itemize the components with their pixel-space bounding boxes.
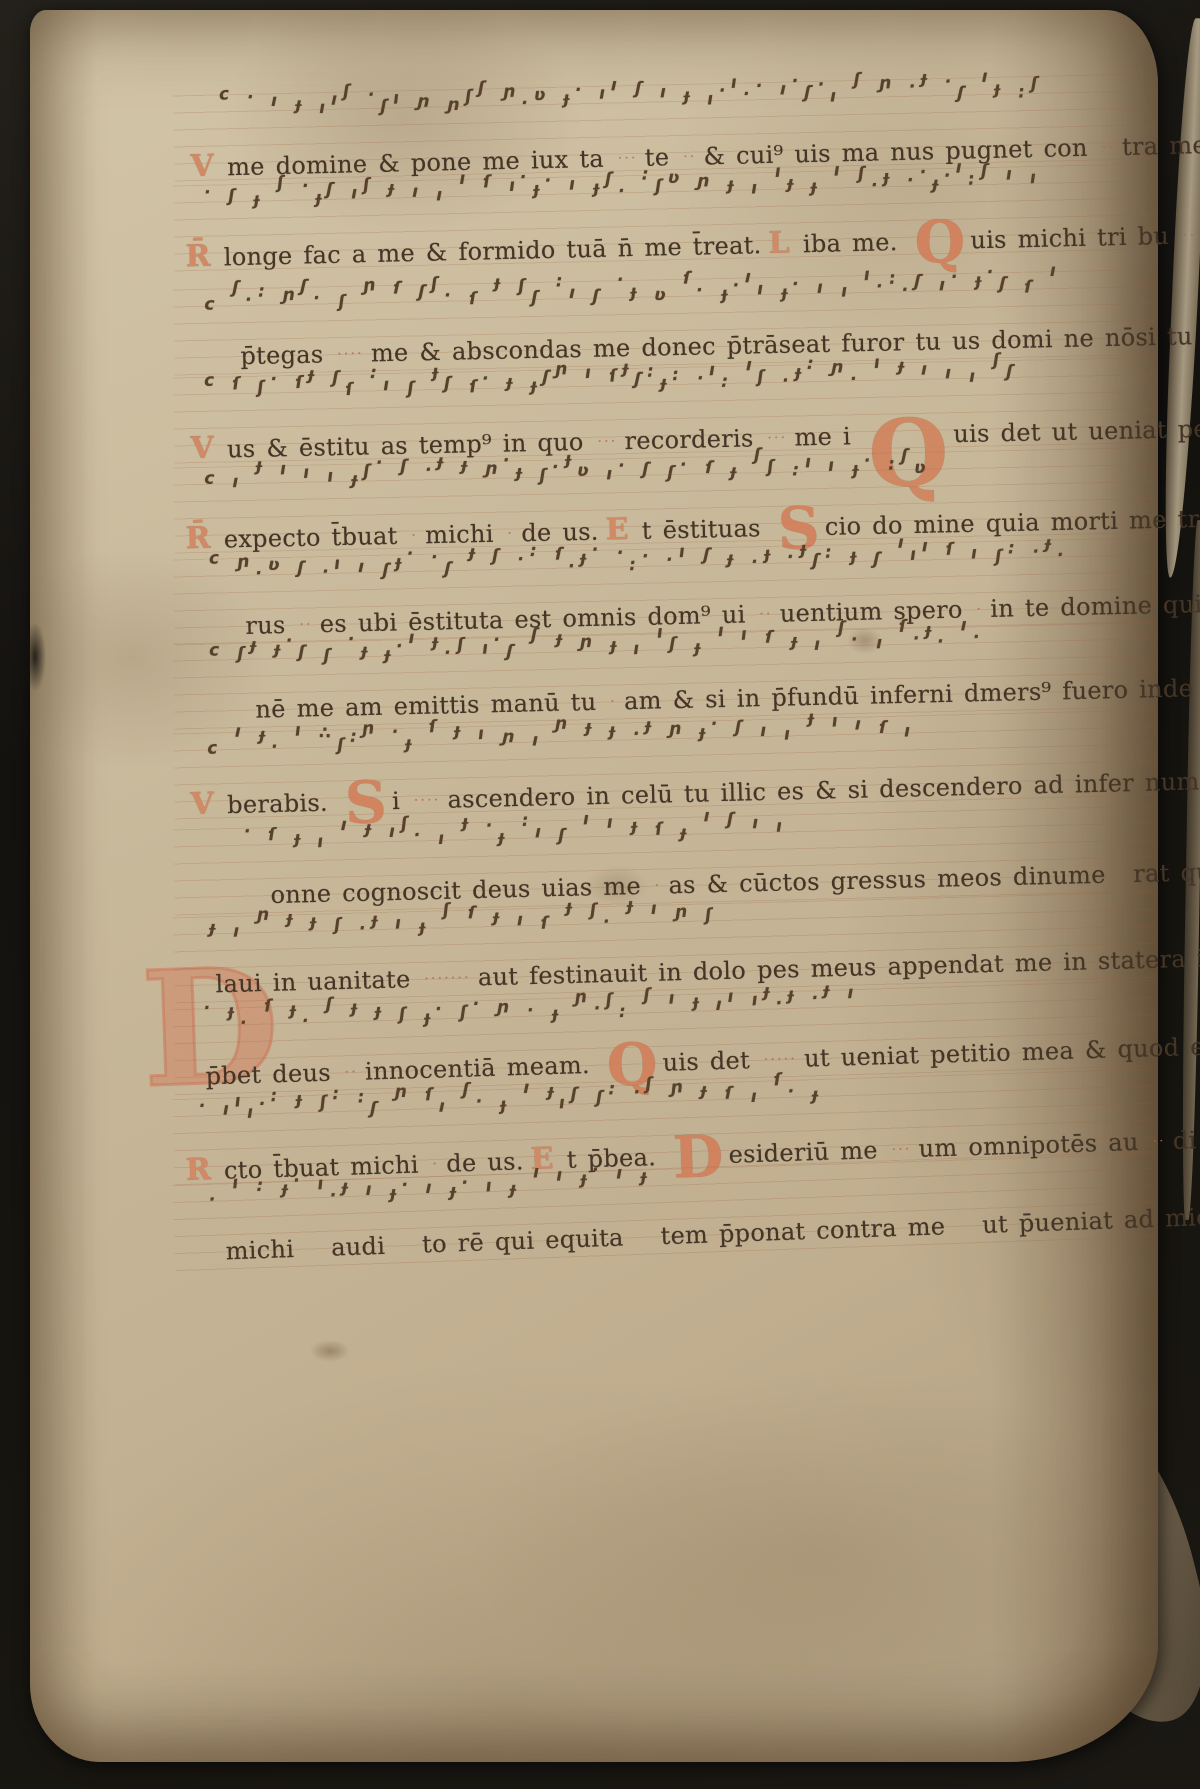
neume-glyph: ʃ [276,172,291,193]
neume-glyph: · [616,543,629,563]
neume-glyph: ı [481,638,494,659]
neume-glyph: ʃ [804,83,817,103]
neume-glyph: ʃ [338,292,352,313]
neume-glyph: · [618,456,631,476]
neume-glyph: ʃ [914,272,928,292]
neume-glyph: ʃ [382,560,395,580]
neume-glyph: ɟ [295,95,307,115]
neume-glyph: ʃ [642,459,655,479]
neume-glyph: ɟ [897,356,909,376]
neume-glyph: ɲ [574,987,593,1008]
neume-glyph: ɟ [799,539,812,559]
neume-glyph: ɲ [555,359,574,380]
neume-glyph: ɟ [516,462,528,482]
neume-glyph: c [204,294,221,314]
red-dot-filler: ·· [1102,140,1116,155]
neume-glyph: c [208,548,225,569]
neume-glyph: · [849,369,863,390]
parchment-edge-notch [24,622,46,692]
neume-glyph: ʃ [655,176,669,197]
neume-glyph: ʃ [380,97,393,117]
manuscript-photo: D c · ı ɟ ııʃ ·ʃı ɲ ɲʃʃ ɲ·ʋ ɟ· ıı ʃ ı ɟ … [0,0,1200,1789]
neume-glyph: : [529,541,542,561]
neume-glyph: ı [247,1103,259,1123]
ink-smudge [310,1340,350,1362]
neume-glyph: ı [232,472,244,492]
neume-glyph: · [435,999,448,1019]
neume-glyph: ɟ [281,1179,293,1199]
neume-glyph: ı [910,544,923,565]
neume-glyph: · [937,632,950,652]
neume-glyph: ɟ [494,272,507,292]
neume-glyph: · [666,550,679,570]
neume-glyph: ı [412,182,424,202]
neume-glyph: ſ [725,1084,738,1104]
neume-glyph: ı [784,724,797,744]
neume-glyph: ɟ [727,175,739,195]
neume-glyph: ı [727,986,740,1007]
neume-glyph: · [919,162,932,182]
neume-glyph: · [1057,545,1070,565]
neume-glyph: ı [804,452,817,472]
neume-glyph: ɲ [878,73,897,94]
chant-text: iba me. [803,228,898,258]
neume-glyph: ı [873,352,886,373]
neume-glyph: ɟ [295,1089,308,1110]
chant-text: uis det [662,1046,750,1077]
neume-glyph: ı [961,615,973,635]
neume-glyph: ɟ [849,546,862,567]
neume-glyph: : [671,365,685,386]
neume-glyph: ɟ [683,86,695,106]
neume-glyph: · [864,451,877,471]
text-gap [301,1256,331,1257]
neume-glyph: ʃ [1030,74,1044,94]
neume-glyph: · [593,999,606,1019]
neume-glyph: ı [352,183,364,203]
neume-glyph: : [332,1084,345,1104]
neume-glyph: ı [716,995,728,1015]
neume-glyph: ɟ [810,177,822,197]
neume-glyph: : [609,1079,622,1099]
red-dot-filler: ·· [759,607,773,622]
neume-glyph: · [945,72,958,92]
rubric-initial: R̄ [185,239,211,275]
neume-glyph: ɲ [555,714,573,734]
neume-glyph: · [245,290,259,311]
neume-glyph: ɟ [640,1167,652,1187]
neume-glyph: ı [439,1097,451,1117]
neume-glyph: : [888,454,902,474]
neume-glyph: ɟ [351,469,363,489]
neume-glyph: : [270,1086,284,1107]
neume-glyph: ɟ [795,362,807,382]
neume-glyph: : [256,1176,269,1196]
neume-glyph: · [521,93,534,113]
neume-glyph: ɟ [763,544,776,565]
neume-glyph: : [647,361,661,381]
neume-glyph: ı [656,622,669,643]
neume-glyph: ı [485,1176,499,1197]
neume-glyph: ɲ [447,95,465,115]
neume-glyph: ı [319,98,331,118]
neume-glyph: ɲ [362,275,382,296]
neume-glyph: ɟ [461,812,474,833]
red-dot-filler: ·· [1152,1134,1166,1149]
neume-glyph: ʃ [643,985,657,1006]
neume-glyph: · [603,912,616,932]
neume-glyph: ſ [428,717,442,738]
neume-glyph: ſ [268,825,282,846]
neume-glyph: ſ [469,289,483,309]
neume-glyph: ʃ [901,446,914,466]
neume-glyph: ɟ [256,456,268,476]
neume-glyph: ɟ [405,733,417,753]
neume-glyph: · [400,1174,414,1195]
neume-glyph: ı [317,831,330,852]
neume-glyph: ɟ [423,1007,436,1028]
neume-glyph: ſ [554,545,568,565]
neume-glyph: ı [776,816,789,836]
manuscript-page: D c · ı ɟ ııʃ ·ʃı ɲ ɲʃʃ ɲ·ʋ ɟ· ıı ʃ ı ɟ … [30,10,1158,1762]
neume-glyph: ɲ [503,82,522,102]
neume-glyph: · [876,277,889,297]
neume-glyph: ı [757,279,770,299]
neume-glyph: ʃ [362,461,376,481]
neume-glyph: · [302,176,315,196]
neume-glyph: ɲ [579,632,598,652]
neume-glyph: ɟ [374,1001,387,1022]
neume-glyph: ʋ [267,555,285,576]
neume-glyph: ʃ [994,546,1008,567]
neume-glyph: c [204,370,221,391]
chant-text: tra me. [1122,131,1200,161]
neume-glyph: ɟ [547,1081,559,1101]
neume-glyph: ı [532,730,544,750]
neume-glyph: ı [834,160,847,180]
neume-glyph: ſ [899,617,913,637]
neume-glyph: ı [358,557,370,577]
neume-glyph: ʃ [407,378,421,399]
neume-glyph: ɟ [932,174,944,194]
neume-glyph: · [258,1094,271,1114]
neume-glyph: ɟ [507,372,519,392]
chant-text: recorderis [624,424,754,455]
neume-glyph: : [792,460,805,480]
neume-glyph: ɲ [674,901,693,922]
neume-glyph: ɟ [499,1094,512,1115]
neume-glyph: · [1032,542,1045,562]
neume-glyph: · [787,547,800,567]
red-dot-filler: · [508,526,515,541]
neume-glyph: ɟ [974,270,987,291]
neume-glyph: · [743,84,756,104]
neume-glyph: ʃ [333,915,347,936]
neume-glyph: ɟ [365,819,377,839]
red-dot-filler: ··· [892,1142,912,1158]
neume-glyph: ı [610,75,622,95]
neume-glyph: ɟ [609,720,622,740]
neume-glyph: ı [939,275,951,295]
neume-glyph: · [591,539,605,560]
neume-glyph: : [370,363,383,383]
neume-glyph: ɟ [556,629,568,649]
neume-glyph: ɟ [450,1181,462,1201]
neume-glyph: : [721,372,734,392]
neume-glyph: · [617,181,631,202]
chant-text: uis det ut ueniat petitio mea & quod [953,410,1200,448]
neume-glyph: ı [922,536,934,556]
neume-glyph: ı [945,363,957,383]
neume-glyph: ɟ [308,364,320,384]
neume-glyph: ı [745,355,757,375]
neume-glyph: ɟ [259,725,271,745]
neume-glyph: ʃ [558,826,571,846]
neume-glyph: ɟ [431,362,444,383]
neume-glyph: ʃ [431,274,445,295]
neume-glyph: ʃ [297,558,310,578]
neume-glyph: ʃ [1006,362,1019,382]
neume-glyph: ɲ [417,91,436,112]
neume-glyph: ʃ [300,277,314,297]
neume-glyph: ɟ [727,549,739,569]
red-dot-filler: · [411,528,418,543]
chant-text: me i [794,422,851,451]
neume-glyph: ı [317,1173,331,1194]
neume-glyph: · [244,821,257,841]
neume-glyph: · [782,370,796,391]
neume-glyph: ı [982,67,994,87]
neume-glyph: ı [271,91,283,111]
chant-text: audi [331,1232,386,1262]
neume-glyph: · [908,76,922,97]
neume-glyph: ı [341,815,353,835]
neume-glyph: ı [534,822,546,842]
neume-glyph: ı [583,809,595,829]
neume-glyph: ı [569,283,581,303]
neume-glyph: ı [585,362,598,383]
red-dot-filler: ··· [767,431,787,446]
neume-glyph: ı [233,922,245,942]
neume-glyph: · [851,630,864,650]
neume-glyph: ɟ [419,916,432,937]
neume-glyph: ɲ [831,357,849,377]
neume-glyph: ı [279,459,292,479]
neume-glyph: ɟ [564,449,577,470]
red-dot-filler: · [977,602,984,617]
neume-glyph: · [322,562,335,582]
neume-glyph: · [792,274,805,294]
chant-text: di & tribue [1172,1122,1200,1154]
neume-glyph: ı [392,88,405,109]
neume-glyph: ı [232,1172,246,1193]
neume-glyph: ʃ [444,559,458,579]
neume-glyph: ſ [540,913,554,933]
neume-glyph: ɟ [310,911,323,931]
neume-glyph: c [209,640,225,660]
neume-glyph: ʋ [654,285,672,306]
neume-glyph: ʃ [444,374,457,394]
neume-glyph: ı [383,375,396,395]
neume-glyph: ı [459,169,471,189]
neume-glyph: ʋ [668,168,686,188]
neume-glyph: ʃ [370,1099,383,1119]
neume-glyph: · [367,85,381,106]
neume-glyph: ɲ [485,459,503,479]
neume-glyph: : [258,282,271,302]
neume-glyph: · [285,630,299,651]
neume-glyph: ɟ [432,631,445,651]
neume-glyph: ı [904,721,916,741]
neume-glyph: · [395,636,409,657]
neume-glyph: ɟ [498,827,510,847]
neume-glyph: ı [751,178,764,198]
neume-glyph: ʃ [571,1084,584,1104]
chant-text: t ēstituas [642,514,761,544]
neume-glyph: ɟ [437,452,449,472]
neume-glyph: ı [334,553,347,574]
chant-text: expecto t̄buat [223,522,397,554]
neume-glyph: ı [741,624,754,645]
neume-glyph: · [552,457,565,477]
neume-glyph: ı [606,464,618,484]
chant-text: p̄bet deus [205,1059,331,1091]
neume-glyph: ʃ [319,1092,334,1113]
neume-glyph: ſ [945,540,959,560]
neume-glyph: ɟ [824,980,836,1000]
neume-glyph: ʃ [398,1004,412,1025]
neume-glyph: ɟ [274,639,286,659]
neume-glyph: ɟ [250,635,262,655]
neume-glyph: ı [1006,164,1019,184]
neume-glyph: ɟ [680,823,692,843]
neume-glyph: ı [366,1180,378,1200]
neume-glyph: ı [1029,168,1042,189]
neume-glyph: · [475,1091,489,1112]
neume-glyph: ɟ [453,720,466,741]
neume-glyph: ı [327,466,340,487]
neume-glyph: ʃ [400,813,415,834]
neume-glyph: ɟ [645,716,657,736]
neume-glyph: ɟ [787,985,799,1005]
red-dot-filler: ·· [1183,228,1197,243]
neume-glyph: ı [831,711,844,732]
neume-glyph: c [207,738,225,759]
neume-glyph: ʃ [456,635,470,656]
neume-glyph: · [787,1082,800,1102]
rubric-initial: V [190,149,214,185]
neume-glyph: ſ [773,1070,787,1090]
neume-glyph: ʃ [237,644,251,664]
neume-glyph: ı [971,543,984,563]
neume-glyph: ı [956,158,968,178]
neume-glyph: · [696,280,710,301]
neume-glyph: · [987,262,1000,282]
neume-glyph: ſ [704,458,718,478]
neume-glyph: ʃ [634,370,648,390]
neume-glyph: · [575,80,588,100]
neume-glyph: ı [517,910,529,930]
neume-glyph: ɟ [289,999,302,1020]
red-dot-filler: · [610,694,617,709]
neume-glyph: : [1017,82,1031,103]
neume-glyph: ʃ [342,81,356,102]
neume-glyph: · [392,721,406,742]
neume-glyph: · [199,1096,212,1116]
neume-glyph: · [292,1170,306,1191]
neume-glyph: · [617,270,630,290]
red-dot-filler: ··· [618,151,638,166]
neume-glyph: ʃ [462,1080,475,1100]
neume-glyph: : [350,727,363,747]
neume-glyph: ʃ [766,456,780,477]
chant-text: michi [225,1235,294,1265]
neume-glyph: · [348,629,361,649]
neume-glyph: ɟ [461,455,473,475]
neume-glyph: ʃ [669,634,683,654]
neume-glyph: ɟ [390,1183,402,1203]
neume-glyph: · [444,286,457,306]
neume-glyph: ɟ [580,1169,593,1189]
neume-glyph: ɲ [236,551,256,572]
neume-glyph: · [302,1011,315,1031]
neume-glyph: ı [234,1091,247,1112]
neume-glyph: ʃ [362,175,377,196]
neume-glyph: ſ [879,718,893,738]
neume-glyph: ı [703,806,715,826]
neume-glyph: ſ [295,373,309,393]
neume-glyph: ʃ [589,900,603,921]
neume-glyph: ʃ [981,161,995,181]
neume-glyph: · [973,627,987,648]
neume-glyph: ɟ [791,631,803,651]
neume-glyph: ı [814,635,826,655]
neume-glyph: ı [830,86,842,106]
neume-glyph: · [358,918,372,939]
neume-glyph: · [642,547,655,567]
neume-glyph: ɟ [629,281,642,302]
neume-glyph: : [888,268,902,289]
neume-glyph: · [527,1000,540,1020]
neume-glyph: ʃ [464,86,478,107]
neume-glyph: · [791,71,804,91]
neume-glyph: ʃ [332,368,345,388]
neume-glyph: ı [855,714,867,734]
neume-glyph: · [950,267,964,288]
neume-glyph: ı [751,990,764,1011]
neume-glyph: · [912,628,926,649]
neume-glyph: ʃ [838,618,852,638]
neume-glyph: ſ [467,903,481,923]
rubric-initial: V [190,786,214,822]
neume-glyph: ı [235,722,247,742]
neume-glyph: · [247,87,260,107]
neume-glyph: ɟ [551,1004,564,1025]
neume-glyph: : [1008,538,1021,558]
neume-glyph: ɟ [388,178,400,198]
red-dot-filler: ··· [597,434,617,449]
text-gap [392,1253,422,1254]
neume-glyph: ſ [483,172,497,193]
neume-glyph: ı [745,267,757,287]
neume-glyph: ɲ [497,997,515,1017]
neume-glyph: ʃ [992,350,1006,370]
neume-glyph: ı [847,983,859,1003]
red-dot-filler: · [432,1157,439,1172]
neume-glyph: ſ [608,366,623,387]
neume-glyph: ʃ [542,367,556,387]
neume-glyph: ɟ [630,816,643,837]
